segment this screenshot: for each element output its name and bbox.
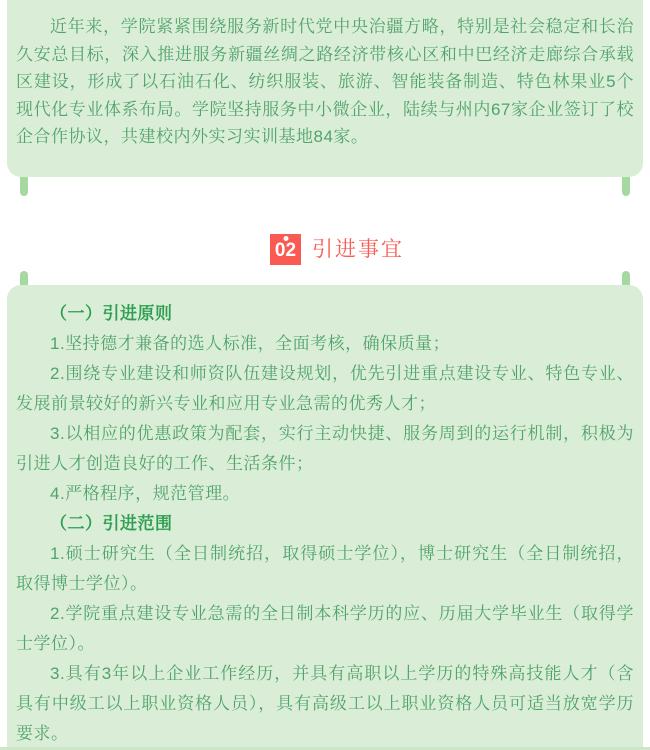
article-page: 近年来，学院紧紧围绕服务新时代党中央治疆方略，特别是社会稳定和长治久安总目标，深…	[0, 0, 650, 750]
section-title: 引进事宜	[312, 239, 404, 260]
decor-bar-bottom-left-icon	[20, 177, 28, 196]
subsection-heading-scope: （二）引进范围	[16, 509, 634, 539]
intro-paragraph: 近年来，学院紧紧围绕服务新时代党中央治疆方略，特别是社会稳定和长治久安总目标，深…	[16, 13, 634, 151]
badge-dot-icon	[283, 236, 288, 241]
section-number-badge: 02	[270, 234, 301, 265]
scope-item-2: 2.学院重点建设专业急需的全日制本科学历的应、历届大学毕业生（取得学士学位）。	[16, 599, 634, 659]
decor-bar-top-left-icon	[20, 271, 28, 285]
principles-item-1: 1.坚持德才兼备的选人标准，全面考核，确保质量；	[16, 329, 634, 359]
intro-card: 近年来，学院紧紧围绕服务新时代党中央治疆方略，特别是社会稳定和长治久安总目标，深…	[7, 0, 643, 177]
scope-item-1: 1.硕士研究生（全日制统招，取得硕士学位），博士研究生（全日制统招，取得博士学位…	[16, 539, 634, 599]
content-card: （一）引进原则 1.坚持德才兼备的选人标准，全面考核，确保质量； 2.围绕专业建…	[7, 285, 643, 750]
scope-item-3: 3.具有3年以上企业工作经历，并具有高职以上学历的特殊高技能人才（含具有中级工以…	[16, 659, 634, 749]
principles-item-4: 4.严格程序，规范管理。	[16, 479, 634, 509]
subsection-heading-principles: （一）引进原则	[16, 299, 634, 329]
decor-bar-top-right-icon	[622, 271, 630, 285]
principles-item-3: 3.以相应的优惠政策为配套，实行主动快捷、服务周到的运行机制，积极为引进人才创造…	[16, 419, 634, 479]
decor-bar-bottom-right-icon	[622, 177, 630, 196]
section-number: 02	[275, 241, 296, 260]
section-header: 02 引进事宜	[12, 232, 650, 267]
principles-item-2: 2.围绕专业建设和师资队伍建设规划，优先引进重点建设专业、特色专业、发展前景较好…	[16, 359, 634, 419]
